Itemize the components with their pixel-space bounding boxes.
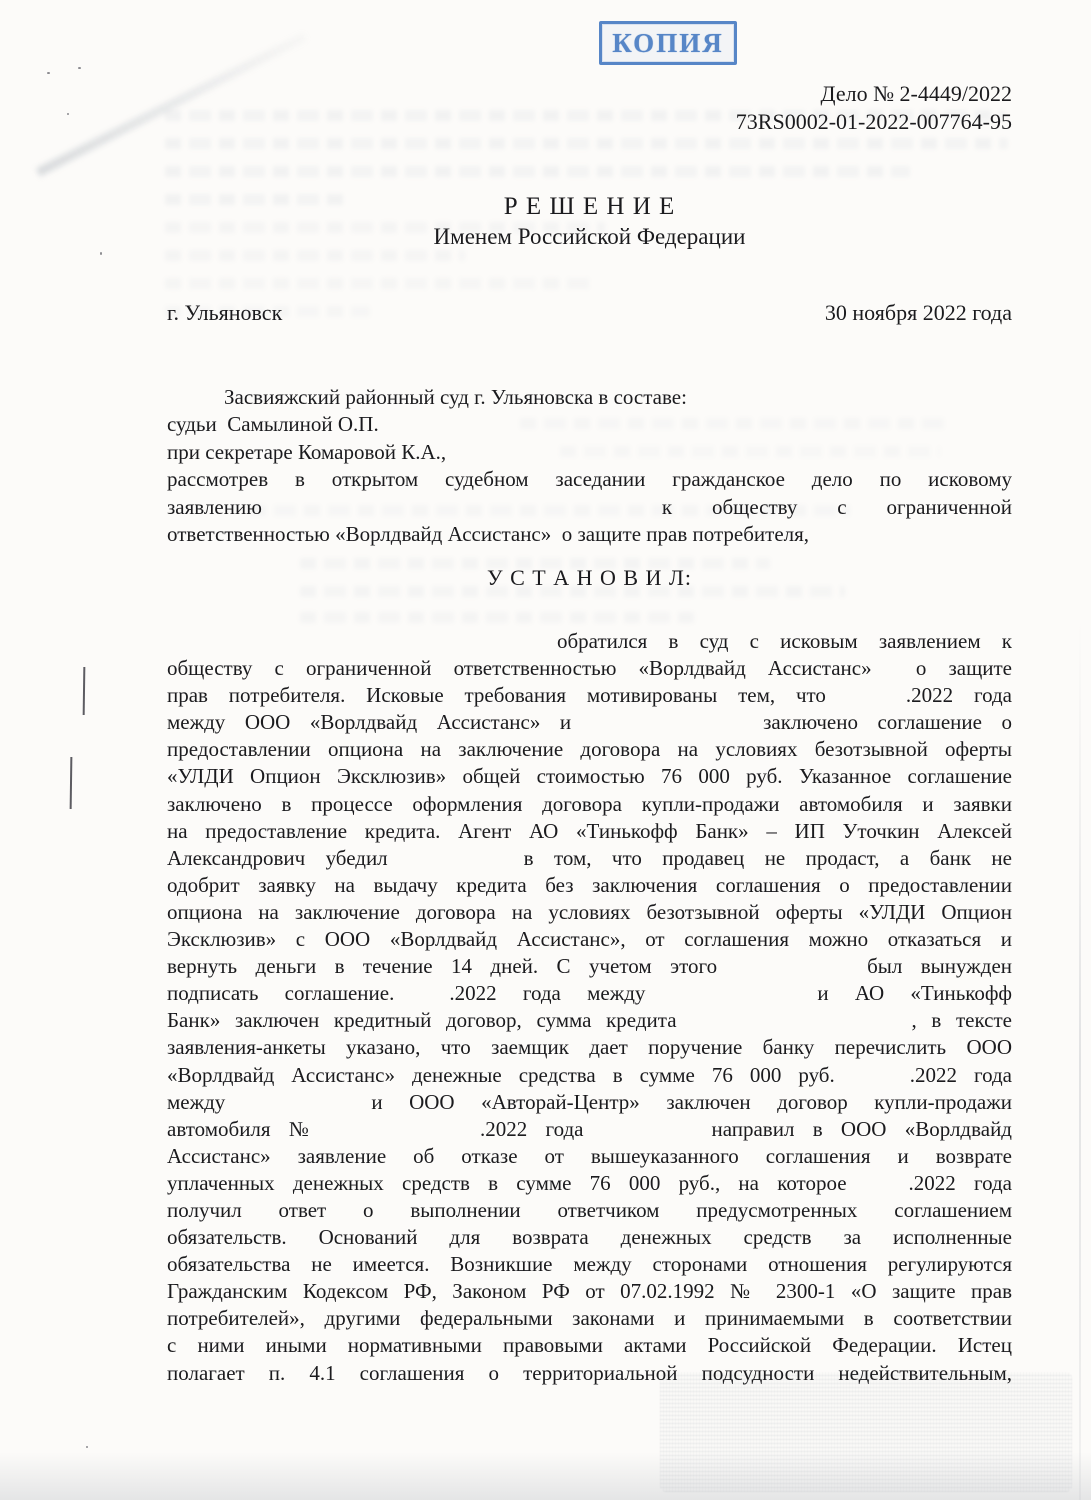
document-title: Р Е Ш Е Н И Е Именем Российской Федераци… xyxy=(167,192,1012,252)
text-line: обратился в суд с исковым заявлением к xyxy=(167,628,1012,655)
redacted-blank xyxy=(677,1025,912,1027)
scan-crease xyxy=(36,32,307,176)
scan-speck xyxy=(100,252,102,255)
text-line: предоставлении опциона на заключение дог… xyxy=(167,736,1012,763)
scan-noise xyxy=(660,1372,1072,1492)
text-line: Банк» заключен кредитный договор, сумма … xyxy=(167,1007,1012,1034)
text-line: «УЛДИ Опцион Эксклюзив» общей стоимостью… xyxy=(167,763,1012,790)
margin-pen-mark xyxy=(83,667,86,715)
page-edge-shadow xyxy=(1079,620,1081,1500)
text-line: Засвияжский районный суд г. Ульяновска в… xyxy=(167,384,1012,411)
copy-stamp-label: КОПИЯ xyxy=(612,28,723,59)
text-line: судьи Самылиной О.П. xyxy=(167,411,1012,438)
text-line: междуи ООО «Авторай-Центр» заключен дого… xyxy=(167,1089,1012,1116)
title-sub: Именем Российской Федерации xyxy=(167,222,1012,252)
redacted-blank xyxy=(262,512,662,514)
redacted-blank xyxy=(826,700,906,702)
redacted-blank xyxy=(847,1188,909,1190)
scan-speck xyxy=(47,72,50,74)
text-line: Эксклюзив» с ООО «Ворлдвайд Ассистанс», … xyxy=(167,926,1012,953)
text-line: обществу с ограниченной ответственностью… xyxy=(167,655,1012,682)
redacted-blank xyxy=(322,1134,480,1136)
copy-stamp: КОПИЯ xyxy=(599,21,737,65)
text-line: заявлениюк обществу с ограниченной xyxy=(167,494,1012,521)
dateline-city: г. Ульяновск xyxy=(167,300,282,326)
text-line: потребителей», другими федеральными зако… xyxy=(167,1305,1012,1332)
text-line: опциона на заключение договора на услови… xyxy=(167,899,1012,926)
text-line: «Ворлдвайд Ассистанс» денежные средства … xyxy=(167,1062,1012,1089)
redacted-blank xyxy=(583,1134,711,1136)
text-line: Ассистанс» заявление об отказе от вышеук… xyxy=(167,1143,1012,1170)
text-line: автомобиля №.2022 годанаправил в ООО «Во… xyxy=(167,1116,1012,1143)
title-main: Р Е Ш Е Н И Е xyxy=(167,192,1012,222)
text-line: обязательств. Оснований для возврата ден… xyxy=(167,1224,1012,1251)
bleed-through-line xyxy=(165,138,1008,149)
text-line: ответственностью «Ворлдвайд Ассистанс» о… xyxy=(167,521,1012,548)
redacted-blank xyxy=(394,998,449,1000)
bleed-through-line xyxy=(165,278,595,289)
text-line: при секретаре Комаровой К.А., xyxy=(167,439,1012,466)
text-line: заключено в процессе оформления договора… xyxy=(167,791,1012,818)
bleed-through-line xyxy=(300,612,700,623)
text-line: на предоставление кредита. Агент АО «Тин… xyxy=(167,818,1012,845)
redacted-blank xyxy=(717,971,867,973)
text-line: обязательства не имеется. Возникшие межд… xyxy=(167,1251,1012,1278)
margin-pen-mark xyxy=(70,757,73,809)
document-page: КОПИЯ Дело № 2-4449/2022 73RS0002-01-202… xyxy=(0,0,1091,1500)
redacted-blank xyxy=(167,402,224,404)
redacted-blank xyxy=(388,863,524,865)
scan-speck xyxy=(86,1446,88,1448)
case-number: Дело № 2-4449/2022 xyxy=(736,80,1012,108)
bleed-through-line xyxy=(165,166,910,177)
scan-noise xyxy=(0,1452,1091,1500)
text-line: полагает п. 4.1 соглашения о территориал… xyxy=(167,1360,1012,1387)
text-line: подписать соглашение..2022 года междуи А… xyxy=(167,980,1012,1007)
text-line: заявления-анкеты указано, что заемщик да… xyxy=(167,1034,1012,1061)
text-line: между ООО «Ворлдвайд Ассистанс» изаключе… xyxy=(167,709,1012,736)
text-line: Гражданским Кодексом РФ, Законом РФ от 0… xyxy=(167,1278,1012,1305)
dateline-date: 30 ноября 2022 года xyxy=(825,300,1012,326)
redacted-blank xyxy=(571,727,763,729)
text-line: прав потребителя. Исковые требования мот… xyxy=(167,682,1012,709)
redacted-blank xyxy=(645,998,817,1000)
text-line: вернуть деньги в течение 14 дней. С учет… xyxy=(167,953,1012,980)
redacted-blank xyxy=(167,646,557,648)
redacted-blank xyxy=(225,1107,371,1109)
scan-speck xyxy=(67,113,69,115)
section-heading-ustanovil: У С Т А Н О В И Л: xyxy=(167,565,1012,591)
text-line: Александрович убедилв том, что продавец … xyxy=(167,845,1012,872)
scan-speck xyxy=(78,67,81,69)
redacted-blank xyxy=(835,1080,910,1082)
dateline: г. Ульяновск 30 ноября 2022 года xyxy=(167,300,1012,326)
case-number-block: Дело № 2-4449/2022 73RS0002-01-2022-0077… xyxy=(736,80,1012,136)
text-line: уплаченных денежных средств в сумме 76 0… xyxy=(167,1170,1012,1197)
decision-body: обратился в суд с исковым заявлением коб… xyxy=(167,628,1012,1387)
text-line: с ними иными нормативными правовыми акта… xyxy=(167,1332,1012,1359)
case-uid: 73RS0002-01-2022-007764-95 xyxy=(736,108,1012,136)
text-line: получил ответ о выполнении ответчиком пр… xyxy=(167,1197,1012,1224)
court-intro: Засвияжский районный суд г. Ульяновска в… xyxy=(167,384,1012,548)
text-line: одобрит заявку на выдачу кредита без зак… xyxy=(167,872,1012,899)
text-line: рассмотрев в открытом судебном заседании… xyxy=(167,466,1012,493)
